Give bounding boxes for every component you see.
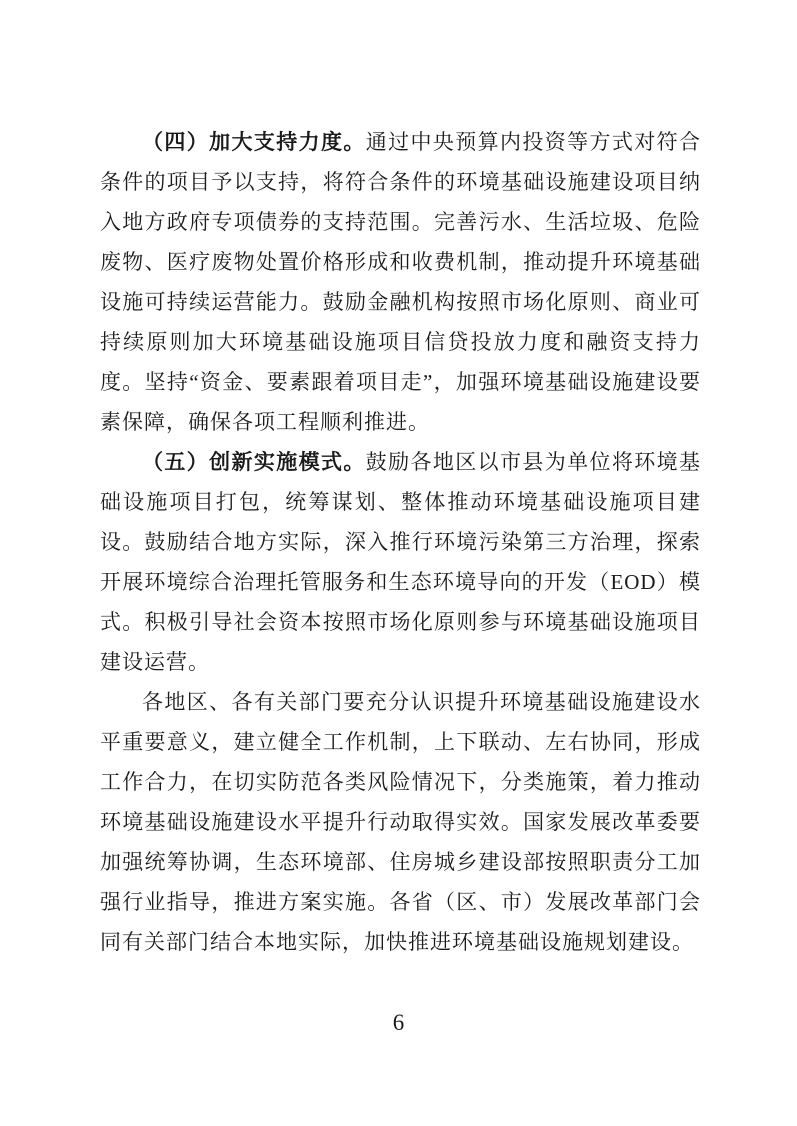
paragraph-closing-text: 各地区、各有关部门要充分认识提升环境基础设施建设水平重要意义，建立健全工作机制，… (100, 690, 701, 954)
paragraph-closing: 各地区、各有关部门要充分认识提升环境基础设施建设水平重要意义，建立健全工作机制，… (100, 682, 701, 962)
paragraph-section-4: （四）加大支持力度。通过中央预算内投资等方式对符合条件的项目予以支持，将符合条件… (100, 122, 701, 442)
paragraph-section-4-text: 通过中央预算内投资等方式对符合条件的项目予以支持，将符合条件的环境基础设施建设项… (100, 130, 701, 434)
paragraph-section-4-heading: （四）加大支持力度。 (142, 130, 366, 154)
document-body: （四）加大支持力度。通过中央预算内投资等方式对符合条件的项目予以支持，将符合条件… (100, 122, 701, 962)
paragraph-section-5-text: 鼓励各地区以市县为单位将环境基础设施项目打包，统筹谋划、整体推动环境基础设施项目… (100, 450, 701, 674)
paragraph-section-5: （五）创新实施模式。鼓励各地区以市县为单位将环境基础设施项目打包，统筹谋划、整体… (100, 442, 701, 682)
page-number: 6 (0, 1008, 797, 1038)
paragraph-section-5-heading: （五）创新实施模式。 (142, 450, 366, 474)
document-page: （四）加大支持力度。通过中央预算内投资等方式对符合条件的项目予以支持，将符合条件… (0, 0, 797, 1126)
